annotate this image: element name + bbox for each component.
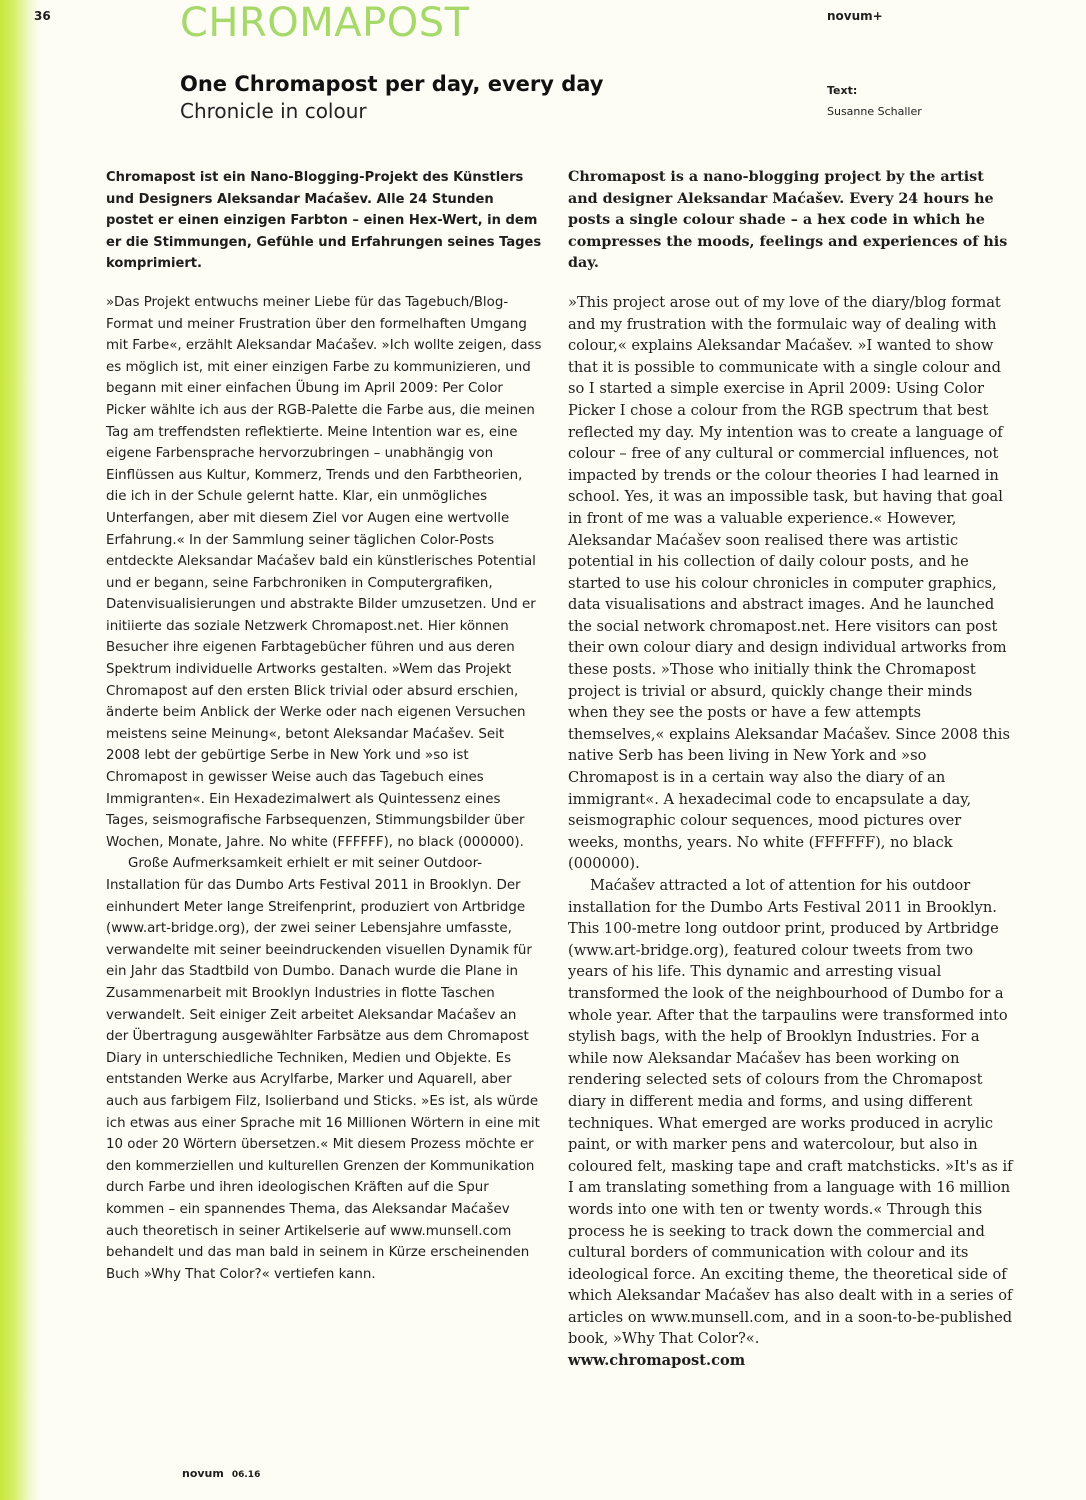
german-column: Chromapost ist ein Nano-Blogging-Projekt… <box>106 167 542 1285</box>
english-lead: Chromapost is a nano-blogging project by… <box>568 167 1014 275</box>
page-number: 36 <box>34 9 51 23</box>
footer-issue: 06.16 <box>232 1470 260 1480</box>
footer-magazine: novum <box>182 1467 224 1480</box>
subheadline: Chronicle in colour <box>180 99 367 123</box>
german-paragraph: »Das Projekt entwuchs meiner Liebe für d… <box>106 292 542 853</box>
german-paragraph: Große Aufmerksamkeit erhielt er mit sein… <box>106 853 542 1285</box>
brand-label: novum+ <box>827 9 883 23</box>
section-title: CHROMAPOST <box>180 0 470 46</box>
english-paragraph: »This project arose out of my love of th… <box>568 292 1014 875</box>
headline: One Chromapost per day, every day <box>180 72 604 96</box>
english-column: Chromapost is a nano-blogging project by… <box>568 167 1014 1372</box>
green-gradient-edge <box>0 0 40 1500</box>
author-name: Susanne Schaller <box>827 105 922 118</box>
english-paragraph: Maćašev attracted a lot of attention for… <box>568 875 1014 1350</box>
website-link[interactable]: www.chromapost.com <box>568 1350 1014 1372</box>
footer: novum06.16 <box>182 1467 260 1480</box>
german-lead: Chromapost ist ein Nano-Blogging-Projekt… <box>106 167 542 275</box>
credit-label: Text: <box>827 84 857 97</box>
